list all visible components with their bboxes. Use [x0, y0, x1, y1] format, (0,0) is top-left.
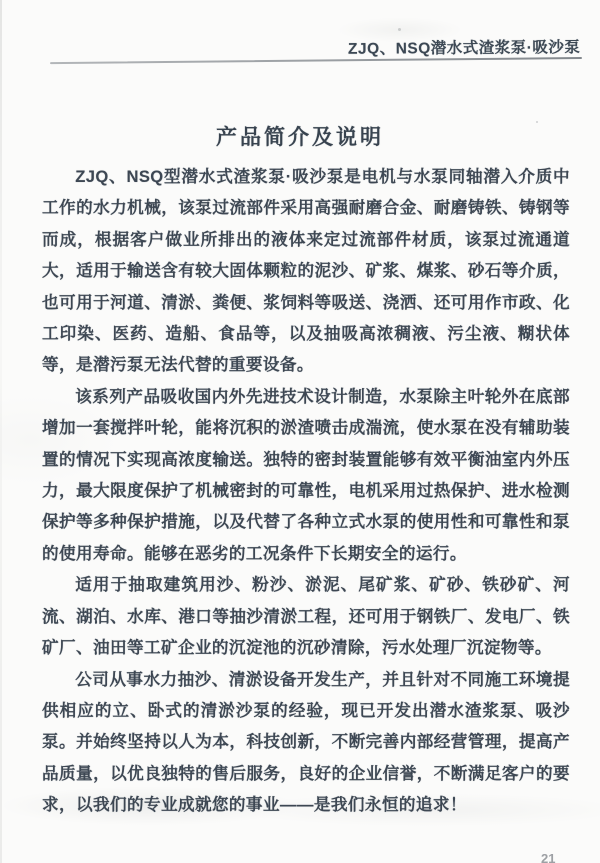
scan-speck: [178, 527, 181, 529]
paragraph-design-features: 该系列产品吸收国内外先进技术设计制造，水泵除主叶轮外在底部增加一套搅拌叶轮，能将…: [42, 381, 570, 569]
scan-speck: [398, 28, 401, 31]
page-number: 21: [541, 851, 555, 863]
scan-speck: [536, 121, 538, 123]
page-header-product-name: ZJQ、NSQ潜水式渣浆泵·吸沙泵: [348, 35, 581, 59]
scanned-document-page: ZJQ、NSQ潜水式渣浆泵·吸沙泵 产品简介及说明 ZJQ、NSQ型潜水式渣浆泵…: [0, 0, 600, 863]
document-title: 产品简介及说明: [0, 121, 600, 151]
paragraph-applications: 适用于抽取建筑用沙、粉沙、淤泥、尾矿浆、矿砂、铁砂矿、河流、湖泊、水库、港口等抽…: [42, 569, 570, 663]
header-rule: [50, 57, 582, 64]
paragraph-company: 公司从事水力抽沙、清淤设备开发生产，并且针对不同施工环境提供相应的立、卧式的清淤…: [42, 664, 570, 821]
document-body: ZJQ、NSQ型潜水式渣浆泵·吸沙泵是电机与水泵同轴潜入介质中工作的水力机械，该…: [42, 161, 570, 821]
paragraph-intro: ZJQ、NSQ型潜水式渣浆泵·吸沙泵是电机与水泵同轴潜入介质中工作的水力机械，该…: [42, 161, 570, 381]
